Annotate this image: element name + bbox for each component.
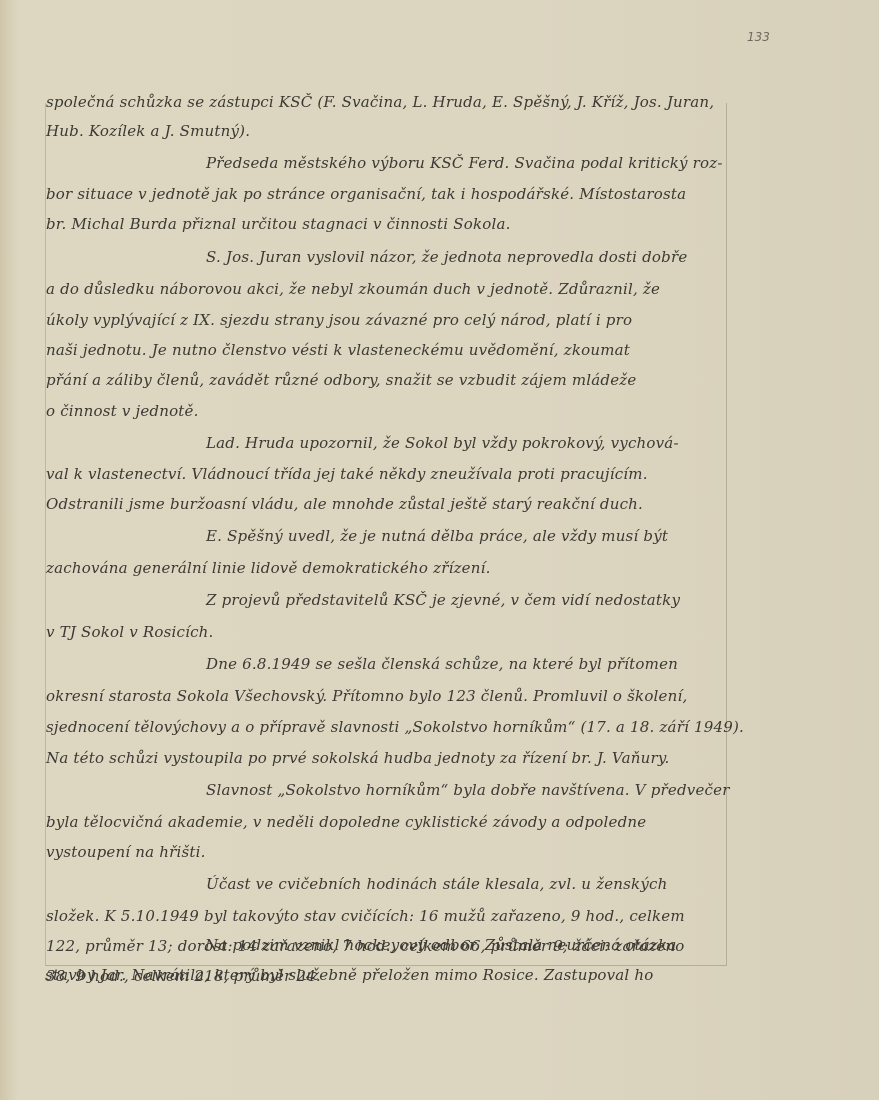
text-frame: společná schůzka se zástupci KSČ (F. Sva… bbox=[45, 103, 727, 966]
text-line: o činnost v jednotě. bbox=[46, 402, 199, 420]
text-line: Slavnost „Sokolstvo horníkům“ byla dobře… bbox=[46, 781, 730, 799]
text-line: stavby Jar. Navrátila, který byl služebn… bbox=[45, 966, 653, 984]
text-line: v TJ Sokol v Rosicích. bbox=[46, 623, 214, 641]
text-line: Z projevů představitelů KSČ je zjevné, v… bbox=[46, 591, 680, 609]
text-line: br. Michal Burda přiznal určitou stagnac… bbox=[46, 215, 511, 233]
text-line: Na podzim vznikl hockeyový odbor. Zůstal… bbox=[45, 936, 676, 954]
text-line: a do důsledku náborovou akci, že nebyl z… bbox=[46, 280, 660, 298]
text-line: společná schůzka se zástupci KSČ (F. Sva… bbox=[46, 93, 714, 111]
text-line: E. Spěšný uvedl, že je nutná dělba práce… bbox=[46, 527, 668, 545]
text-line: Lad. Hruda upozornil, že Sokol byl vždy … bbox=[46, 434, 679, 452]
text-line: zachována generální linie lidově demokra… bbox=[46, 559, 491, 577]
text-line: Odstranili jsme buržoasní vládu, ale mno… bbox=[46, 495, 643, 513]
text-line: vystoupení na hřišti. bbox=[46, 843, 206, 861]
text-line: Hub. Kozílek a J. Smutný). bbox=[46, 122, 250, 140]
text-line: okresní starosta Sokola Všechovský. Přít… bbox=[46, 687, 687, 705]
page-number: 133 bbox=[747, 30, 770, 44]
text-line: S. Jos. Juran vyslovil názor, že jednota… bbox=[46, 248, 687, 266]
notebook-page: 133 společná schůzka se zástupci KSČ (F.… bbox=[0, 0, 879, 1100]
text-line: přání a záliby členů, zavádět různé odbo… bbox=[46, 371, 636, 389]
text-line: úkoly vyplývající z IX. sjezdu strany js… bbox=[46, 311, 632, 329]
text-line: Dne 6.8.1949 se sešla členská schůze, na… bbox=[46, 655, 678, 673]
text-line: byla tělocvičná akademie, v neděli dopol… bbox=[46, 813, 646, 831]
text-line: složek. K 5.10.1949 byl takovýto stav cv… bbox=[46, 907, 685, 925]
text-line: Účast ve cvičebních hodinách stále klesa… bbox=[46, 875, 667, 893]
text-line: Předseda městského výboru KSČ Ferd. Svač… bbox=[46, 154, 723, 172]
text-line: val k vlastenectví. Vládnoucí třída jej … bbox=[46, 465, 648, 483]
text-line: Na této schůzi vystoupila po prvé sokols… bbox=[46, 749, 669, 767]
text-line: sjednocení tělovýchovy a o přípravě slav… bbox=[46, 718, 744, 736]
text-line: naši jednotu. Je nutno členstvo vésti k … bbox=[46, 341, 630, 359]
text-line: bor situace v jednotě jak po stránce org… bbox=[46, 185, 686, 203]
